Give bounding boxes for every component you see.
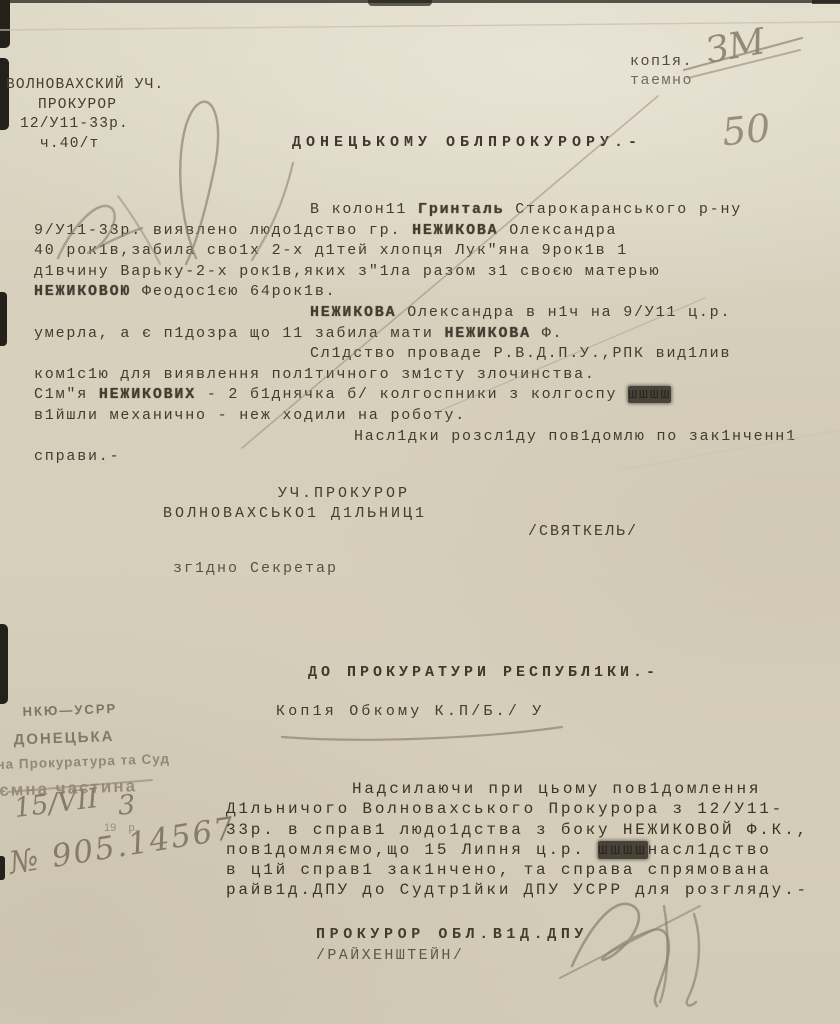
body-line: умерла, а є п1дозра що 11 забила мати НЕ… bbox=[34, 324, 834, 345]
body-line: райв1д.ДПУ до Судтр1йки ДПУ УСРР для роз… bbox=[226, 880, 836, 900]
body-line: Сл1дство проваде Р.В.Д.П.У.,РПК вид1лив bbox=[310, 344, 834, 365]
body-line: справи.- bbox=[34, 447, 834, 468]
signer-name: /СВЯТКЕЛЬ/ bbox=[528, 522, 638, 542]
scanned-document-page: ВОЛНОВАХСКИЙ УЧ. ПРОКУРОР 12/У11-33р. ч.… bbox=[0, 0, 840, 1024]
addressee-heading: ДОНЕЦЬКОМУ ОБЛПРОКУРОРУ.- bbox=[292, 134, 642, 151]
body-line: 33р. в справ1 людо1дства з боку НЕЖИКОВО… bbox=[226, 820, 836, 840]
copy-mark: коп1я. bbox=[630, 52, 693, 71]
stamp-line: на Прокуратура та Суд bbox=[0, 751, 170, 772]
body-paragraphs-2: Надсилаючи при цьому пов1домлення Д1льни… bbox=[226, 779, 836, 901]
sender-line: ПРОКУРОР bbox=[38, 96, 164, 116]
body-paragraphs-1: В колон11 Гринталь Старокаранського р-ну… bbox=[34, 200, 834, 468]
signer-role: УЧ.ПРОКУРОР bbox=[278, 484, 840, 504]
stamp-line: ДОНЕЦЬКА bbox=[13, 726, 169, 748]
classification-block: коп1я. таемно bbox=[630, 52, 693, 90]
stamp-line: НКЮ—УСРР bbox=[22, 699, 168, 719]
pencil-annotation-50: 50 bbox=[720, 106, 773, 155]
signer-role: ПРОКУРОР ОБЛ.В1Д.ДПУ bbox=[316, 924, 588, 945]
body-line: НЕЖИКОВА Олександра в н1ч на 9/У11 ц.р. bbox=[310, 303, 834, 324]
addressee-heading-2: ДО ПРОКУРАТУРИ РЕСПУБЛ1КИ.- bbox=[308, 664, 659, 681]
scan-edge-left-4 bbox=[0, 624, 8, 704]
scan-edge-top-right bbox=[812, 0, 840, 4]
body-line: ком1с1ю для виявлення пол1тичного зм1сту… bbox=[34, 365, 834, 386]
sender-line: ВОЛНОВАХСКИЙ УЧ. bbox=[6, 76, 164, 96]
sender-line: 12/У11-33р. bbox=[20, 115, 164, 135]
signer-name: /РАЙХЕНШТЕЙН/ bbox=[316, 945, 588, 966]
signature-block-1: УЧ.ПРОКУРОР ВОЛНОВАХСЬКО1 Д1ЛЬНИЦ1 /СВЯТ… bbox=[0, 484, 840, 524]
pencil-registry-year-digit: 3 bbox=[117, 789, 136, 821]
body-line: С1м"я НЕЖИКОВИХ - 2 б1днячка б/ колгоспн… bbox=[34, 385, 834, 406]
body-line: Надсилаючи при цьому пов1домлення bbox=[352, 779, 836, 799]
sender-line: ч.40/т bbox=[40, 135, 164, 155]
body-line: пов1домляємо,що 15 Липня ц.р. шшшшнасл1д… bbox=[226, 840, 836, 860]
body-line: в1йшли механично - неж ходили на роботу. bbox=[34, 406, 834, 427]
body-line: Д1льничого Волновахського Прокурора з 12… bbox=[226, 799, 836, 819]
signature-block-2: ПРОКУРОР ОБЛ.В1Д.ДПУ /РАЙХЕНШТЕЙН/ bbox=[316, 924, 588, 966]
secretary-note: зг1дно Секретар bbox=[173, 560, 338, 577]
secret-mark: таемно bbox=[630, 71, 693, 90]
pencil-annotation-zm: ЗМ bbox=[703, 21, 769, 72]
sender-block: ВОЛНОВАХСКИЙ УЧ. ПРОКУРОР 12/У11-33р. ч.… bbox=[6, 76, 164, 154]
signer-role: ВОЛНОВАХСЬКО1 Д1ЛЬНИЦ1 bbox=[163, 504, 840, 524]
body-line: 40 рок1в,забила сво1х 2-х д1тей хлопця Л… bbox=[34, 241, 834, 262]
scan-edge-left-5 bbox=[0, 856, 5, 880]
body-line: в ц1й справ1 зак1нчено, та справа спрямо… bbox=[226, 860, 836, 880]
body-line: НЕЖИКОВОЮ Феодос1єю 64рок1в. bbox=[34, 282, 834, 303]
scan-edge-left-3 bbox=[0, 292, 7, 346]
body-line: В колон11 Гринталь Старокаранського р-ну bbox=[310, 200, 834, 221]
copy-to-line: Коп1я Обкому К.П/Б./ У bbox=[276, 703, 544, 720]
body-line: 9/У11-33р. виявлено людо1дство гр. НЕЖИК… bbox=[34, 221, 834, 242]
body-line: Насл1дки розсл1ду пов1домлю по зак1нченн… bbox=[354, 427, 834, 448]
scan-edge-left-1 bbox=[0, 0, 10, 48]
scan-edge-top-bump bbox=[368, 0, 432, 6]
body-line: д1вчину Варьку-2-х рок1в,яких з"1ла разо… bbox=[34, 262, 834, 283]
